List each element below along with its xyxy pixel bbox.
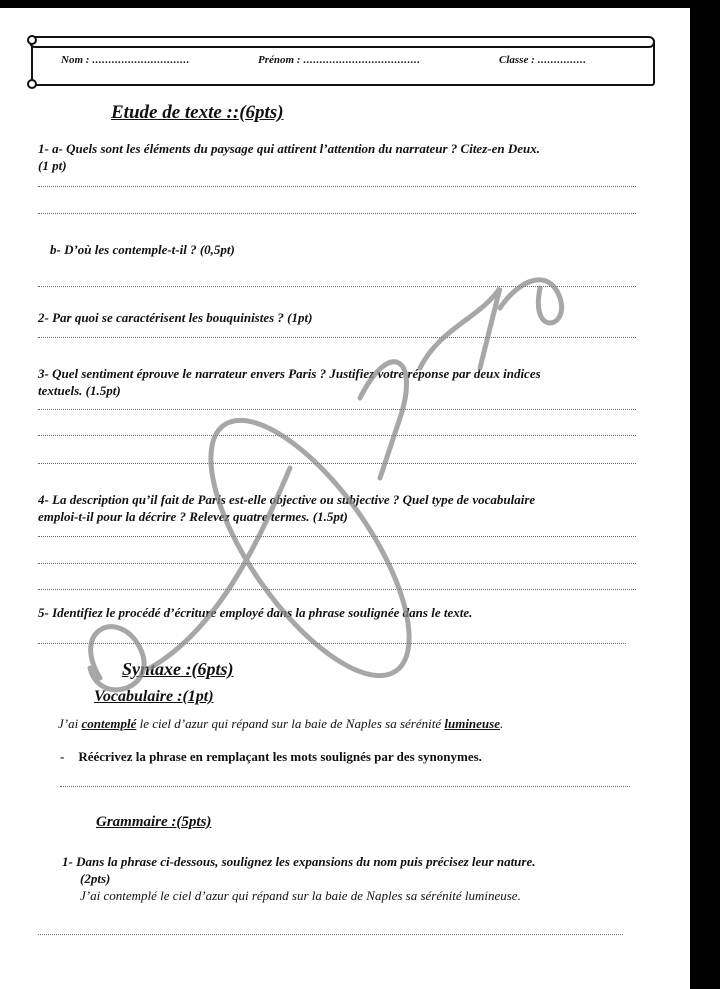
answer-line[interactable] [38, 186, 636, 187]
sentence-text: . [500, 716, 503, 731]
vocabulaire-heading: Vocabulaire :(1pt) [94, 688, 214, 706]
answer-line[interactable] [38, 934, 623, 935]
instruction-text: Réécrivez la phrase en remplaçant les mo… [78, 749, 482, 764]
scan-border [690, 0, 720, 989]
question-1b: b- D’où les contemple-t-il ? (0,5pt) [50, 241, 235, 258]
answer-line[interactable] [38, 536, 636, 537]
scroll-curl-decoration [27, 79, 37, 89]
nom-label: Nom : [61, 54, 89, 66]
answer-line[interactable] [38, 213, 636, 214]
prenom-label: Prénom : [258, 54, 300, 66]
sentence-text: J’ai [58, 716, 81, 731]
vocabulaire-sentence: J’ai contemplé le ciel d’azur qui répand… [58, 716, 503, 732]
question-points: (2pts) [62, 870, 662, 887]
question-text: 3- Quel sentiment éprouve le narrateur e… [38, 365, 658, 382]
answer-line[interactable] [38, 643, 626, 644]
exam-page: Nom :.............................. Prén… [0, 8, 690, 989]
student-info-scroll-box: Nom :.............................. Prén… [31, 38, 655, 86]
grammaire-sentence: J’ai contemplé le ciel d’azur qui répand… [62, 887, 662, 904]
classe-field[interactable]: Classe :............... [499, 54, 587, 66]
question-points: emploi-t-il pour la décrire ? Relevez qu… [38, 508, 658, 525]
answer-line[interactable] [38, 337, 636, 338]
classe-label: Classe : [499, 54, 535, 66]
vocabulaire-instruction: -Réécrivez la phrase en remplaçant les m… [60, 749, 482, 765]
answer-line[interactable] [38, 435, 636, 436]
question-text: 1- a- Quels sont les éléments du paysage… [38, 140, 658, 157]
answer-line[interactable] [38, 463, 636, 464]
question-5: 5- Identifiez le procédé d’écriture empl… [38, 604, 472, 621]
prenom-blank[interactable]: .................................... [303, 54, 420, 66]
question-text: 4- La description qu’il fait de Paris es… [38, 491, 658, 508]
question-points: (1 pt) [38, 157, 658, 174]
syntaxe-heading: Syntaxe :(6pts) [122, 659, 234, 680]
nom-field[interactable]: Nom :.............................. [61, 54, 190, 66]
bullet-marker: - [60, 749, 64, 764]
scroll-curl-decoration [27, 35, 37, 45]
question-text: 1- Dans la phrase ci-dessous, soulignez … [62, 853, 662, 870]
answer-line[interactable] [38, 286, 636, 287]
classe-blank[interactable]: ............... [538, 54, 587, 66]
answer-line[interactable] [60, 786, 630, 787]
grammaire-heading: Grammaire :(5pts) [96, 814, 211, 831]
answer-line[interactable] [38, 409, 636, 410]
question-1a: 1- a- Quels sont les éléments du paysage… [38, 140, 658, 174]
question-4: 4- La description qu’il fait de Paris es… [38, 491, 658, 525]
answer-line[interactable] [38, 563, 636, 564]
question-2: 2- Par quoi se caractérisent les bouquin… [38, 309, 312, 326]
etude-de-texte-heading: Etude de texte ::(6pts) [111, 102, 284, 124]
grammaire-question-1: 1- Dans la phrase ci-dessous, soulignez … [62, 853, 662, 904]
sentence-text: le ciel d’azur qui répand sur la baie de… [136, 716, 444, 731]
question-3: 3- Quel sentiment éprouve le narrateur e… [38, 365, 658, 399]
question-points: textuels. (1.5pt) [38, 382, 658, 399]
prenom-field[interactable]: Prénom :................................… [258, 54, 420, 66]
underlined-word-contemple: contemplé [81, 716, 136, 731]
underlined-word-lumineuse: lumineuse [444, 716, 500, 731]
nom-blank[interactable]: .............................. [92, 54, 190, 66]
answer-line[interactable] [38, 589, 636, 590]
